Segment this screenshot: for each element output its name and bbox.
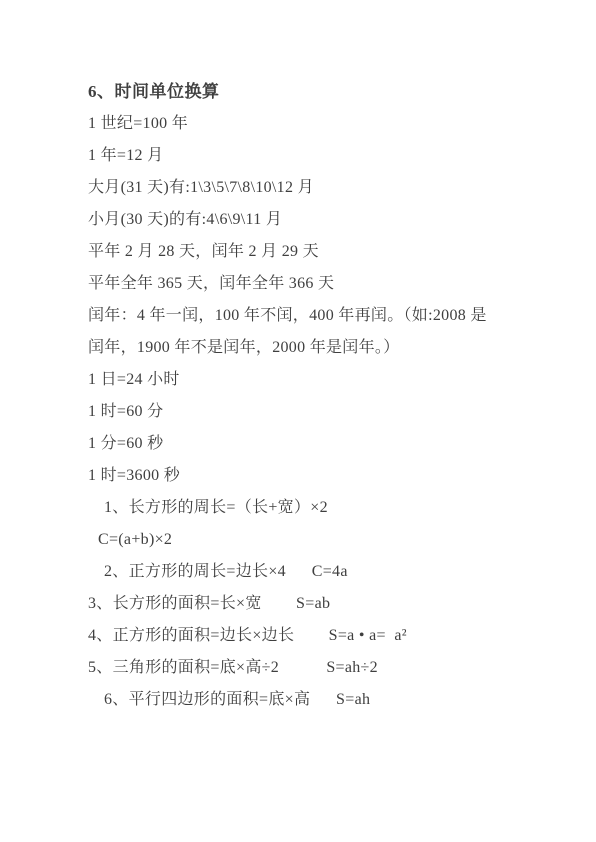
text-line: 1 分=60 秒 [88,428,536,460]
text-line-formula-square-perimeter: 2、正方形的周长=边长×4 C=4a [88,556,536,588]
document-content: 6、时间单位换算 1 世纪=100 年 1 年=12 月 大月(31 天)有:1… [88,76,536,716]
text-line: 1 世纪=100 年 [88,108,536,140]
text-line: 1 时=3600 秒 [88,460,536,492]
document-page: 6、时间单位换算 1 世纪=100 年 1 年=12 月 大月(31 天)有:1… [0,0,596,842]
text-line-formula-square-area: 4、正方形的面积=边长×边长 S=a • a= a² [88,620,536,652]
section-heading: 6、时间单位换算 [88,76,536,108]
text-line-formula-rect-perimeter: 1、长方形的周长=（长+宽）×2 [88,492,536,524]
text-line: 闰年，1900 年不是闰年，2000 年是闰年。） [88,332,536,364]
text-line: 平年全年 365 天，闰年全年 366 天 [88,268,536,300]
text-line: 1 日=24 小时 [88,364,536,396]
text-line: 大月(31 天)有:1\3\5\7\8\10\12 月 [88,172,536,204]
text-line: 1 时=60 分 [88,396,536,428]
text-line-formula-c: C=(a+b)×2 [88,524,536,556]
text-line: 闰年：4 年一闰，100 年不闰，400 年再闰。（如:2008 是 [88,300,536,332]
text-line-formula-rect-area: 3、长方形的面积=长×宽 S=ab [88,588,536,620]
text-line: 1 年=12 月 [88,140,536,172]
text-line-formula-triangle-area: 5、三角形的面积=底×高÷2 S=ah÷2 [88,652,536,684]
text-line: 平年 2 月 28 天，闰年 2 月 29 天 [88,236,536,268]
text-line: 小月(30 天)的有:4\6\9\11 月 [88,204,536,236]
text-line-formula-parallelogram-area: 6、平行四边形的面积=底×高 S=ah [88,684,536,716]
